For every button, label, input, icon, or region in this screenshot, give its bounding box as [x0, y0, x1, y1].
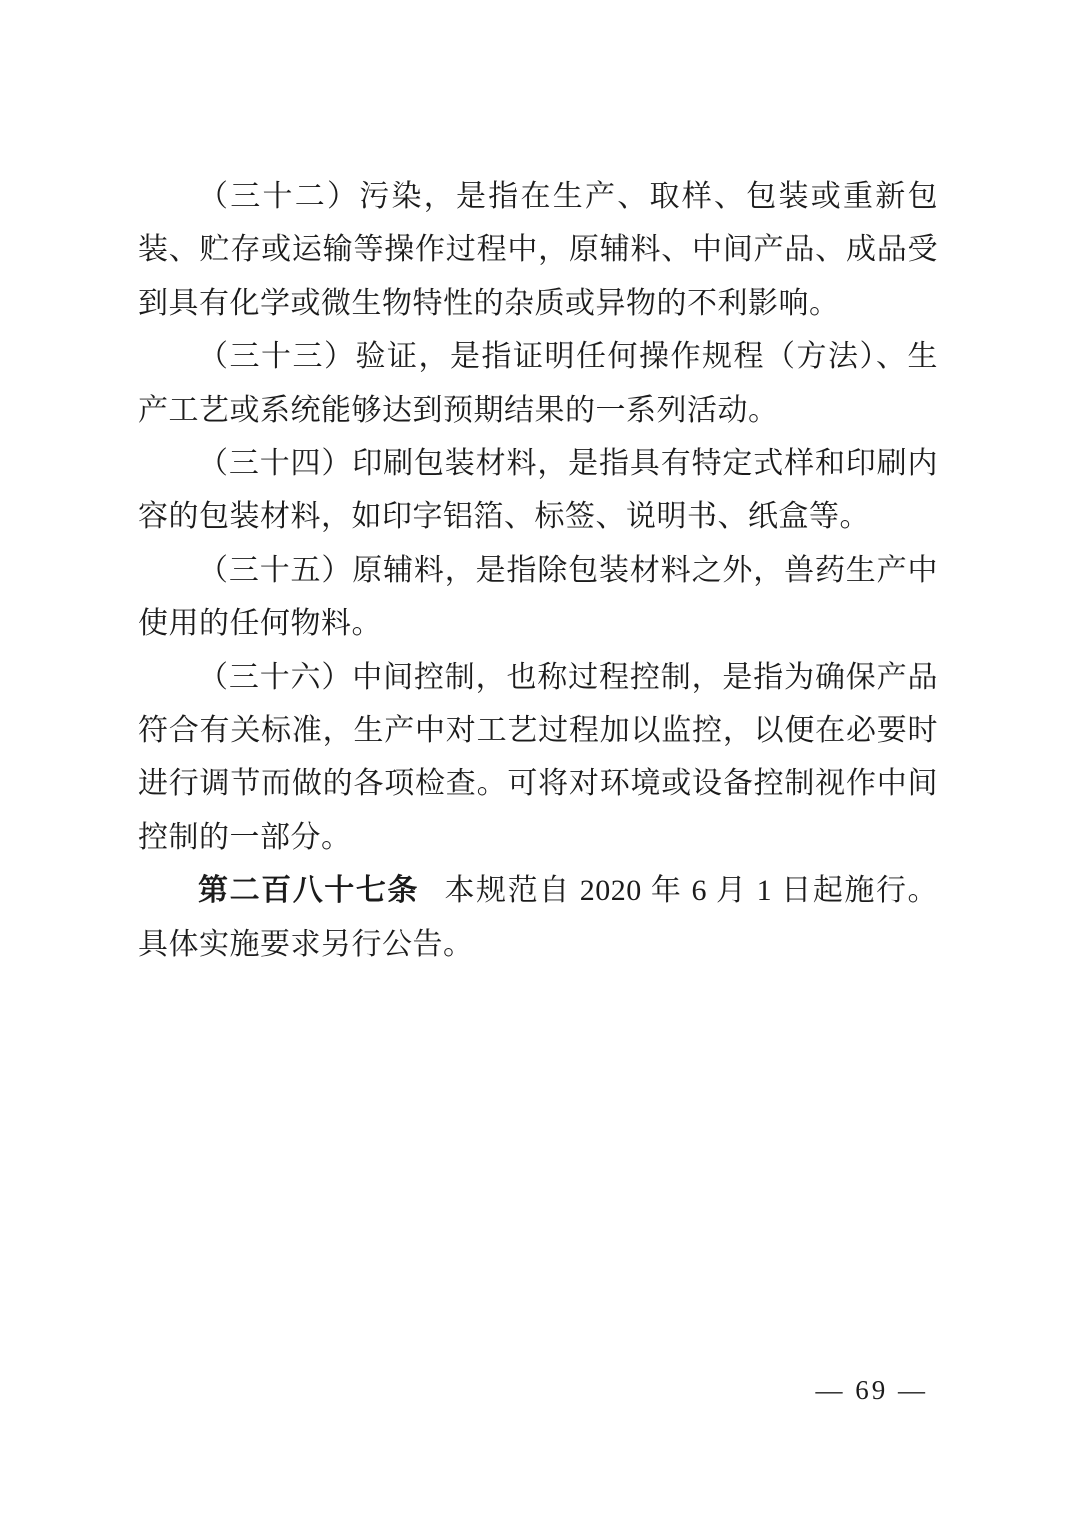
document-page: （三十二）污染，是指在生产、取样、包装或重新包装、贮存或运输等操作过程中，原辅料… — [0, 0, 1080, 1527]
definition-paragraph-32: （三十二）污染，是指在生产、取样、包装或重新包装、贮存或运输等操作过程中，原辅料… — [138, 170, 938, 330]
article-paragraph: 第二百八十七条本规范自 2020 年 6 月 1 日起施行。具体实施要求另行公告… — [138, 864, 938, 971]
definition-paragraph-35: （三十五）原辅料，是指除包装材料之外，兽药生产中使用的任何物料。 — [138, 544, 938, 651]
article-number: 第二百八十七条 — [198, 874, 419, 907]
definition-paragraph-33: （三十三）验证，是指证明任何操作规程（方法）、生产工艺或系统能够达到预期结果的一… — [138, 330, 938, 437]
page-number: — 69 — — [816, 1372, 929, 1408]
definition-paragraph-36: （三十六）中间控制，也称过程控制，是指为确保产品符合有关标准，生产中对工艺过程加… — [138, 651, 938, 865]
document-body: （三十二）污染，是指在生产、取样、包装或重新包装、贮存或运输等操作过程中，原辅料… — [138, 170, 938, 971]
definition-paragraph-34: （三十四）印刷包装材料，是指具有特定式样和印刷内容的包装材料，如印字铝箔、标签、… — [138, 437, 938, 544]
